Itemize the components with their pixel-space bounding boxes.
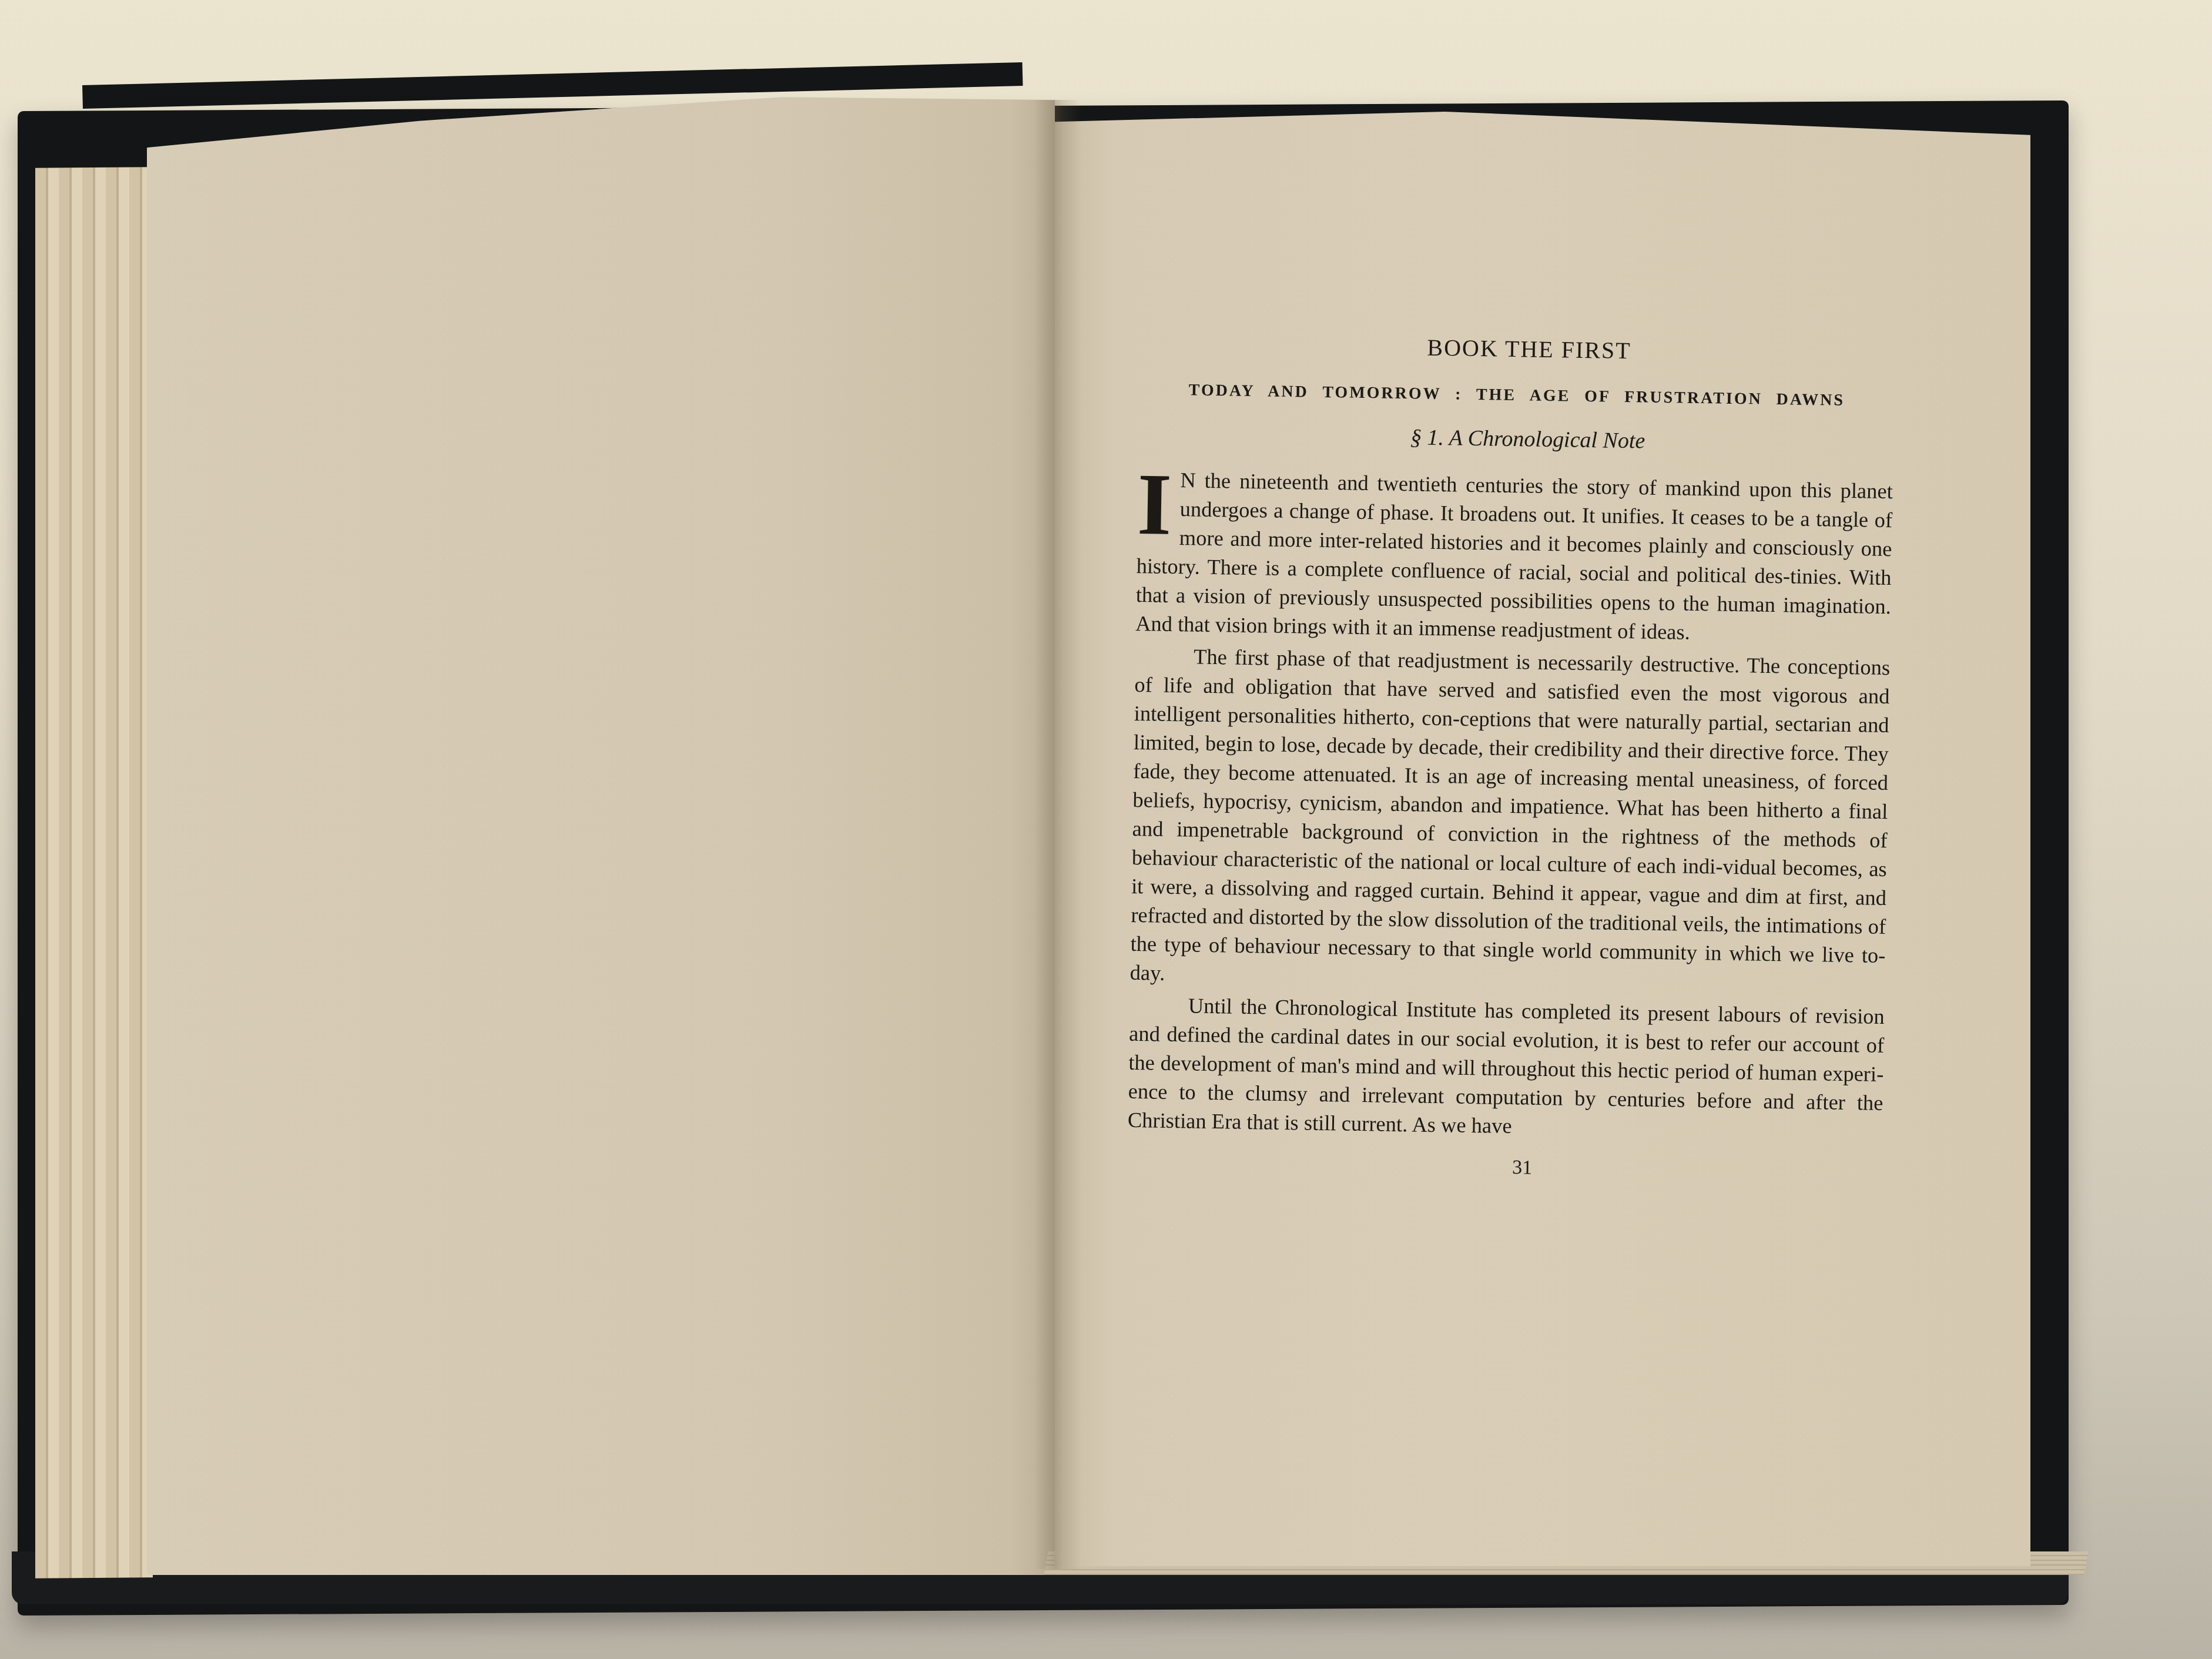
left-blank-page	[147, 88, 1055, 1575]
photo-scene: BOOK THE FIRST TODAY AND TOMORROW : THE …	[0, 0, 2212, 1659]
section-heading: § 1. A Chronological Note	[1138, 420, 1894, 458]
paragraph-1-text: N the nineteenth and twentieth centuries…	[1135, 468, 1893, 644]
chapter-subtitle: TODAY AND TOMORROW : THE AGE OF FRUSTRAT…	[1139, 380, 1894, 411]
page-text-block: BOOK THE FIRST TODAY AND TOMORROW : THE …	[1127, 329, 1895, 1185]
book-gutter	[1034, 100, 1081, 1569]
paragraph-3: Until the Chronological Institute has co…	[1127, 990, 1885, 1146]
paragraph-1: I N the nineteenth and twentieth centuri…	[1135, 465, 1893, 649]
left-page-stack-edges	[35, 167, 153, 1578]
paragraph-2: The first phase of that readjustment is …	[1130, 641, 1890, 998]
drop-cap: I	[1137, 470, 1172, 539]
